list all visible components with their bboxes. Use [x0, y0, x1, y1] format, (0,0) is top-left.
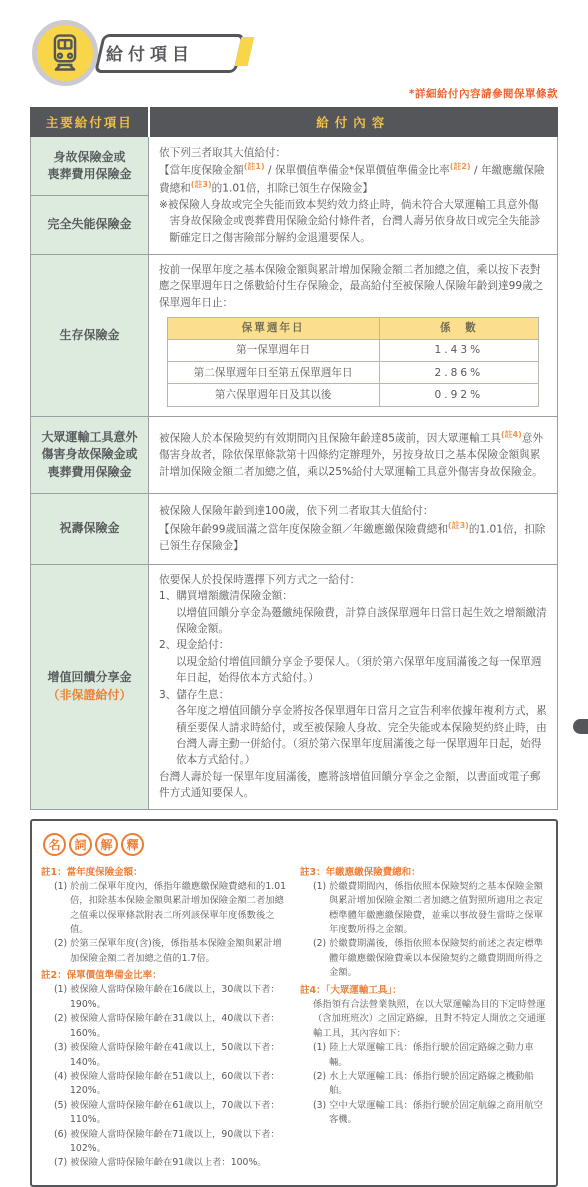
label-line: 傷害身故保險金或 — [35, 446, 144, 463]
note2-item: (3) 被保險人當時保險年齡在41歲以上，50歲以下者：140%。 — [54, 1041, 288, 1070]
page-header: 給付項目 — [30, 20, 558, 86]
paragraph: 【當年度保險金額(註1) / 保單價值準備金*保單價值準備金比率(註2) / 年… — [159, 161, 547, 197]
coefficient-row: 第二保單週年日至第五保單週年日 2.86% — [167, 362, 538, 384]
coefficient-row: 第六保單週年日及其以後 0.92% — [167, 384, 538, 406]
paragraph: 被保險人於本保險契約有效期間內且保險年齡達85歲前，因大眾運輸工具(註4)意外傷… — [159, 429, 547, 480]
note3-item: (2) 於繳費期滿後，係指依照本保險契約前述之表定標準體年繳應繳保險費乘以本保險… — [313, 937, 547, 980]
list-item-title: 3、儲存生息： — [159, 687, 547, 703]
glossary-badge-char: 詞 — [69, 833, 92, 856]
paragraph: 【保險年齡99歲屆滿之當年度保險金額／年繳應繳保險費總和(註3)的1.01倍，扣… — [159, 520, 547, 554]
column-header-content: 給付內容 — [149, 108, 558, 137]
content-death-benefit: 依下列三者取其大值給付： 【當年度保險金額(註1) / 保單價值準備金*保單價值… — [149, 137, 558, 255]
policy-terms-note: *詳細給付內容請參閱保單條款 — [30, 86, 558, 101]
label-line: 大眾運輸工具意外 — [35, 429, 144, 446]
table-row: 身故保險金或 喪葬費用保險金 依下列三者取其大值給付： 【當年度保險金額(註1)… — [31, 137, 558, 196]
coeff-value: 2.86% — [379, 362, 539, 384]
note4-item: (3) 空中大眾運輸工具：係指行駛於固定航線之商用航空客機。 — [313, 1099, 547, 1128]
label-line: 喪葬費用保險金 — [35, 464, 144, 481]
content-survival-benefit: 按前一保單年度之基本保險金額與累計增加保險金額二者加總之值，乘以按下表對應之保單… — [149, 255, 558, 417]
footnote-ref-4: (註4) — [501, 430, 522, 439]
footnote-ref-3: (註3) — [448, 521, 469, 530]
note3-title: 註3：年繳應繳保險費總和： — [300, 866, 547, 880]
label-transport-accident-benefit: 大眾運輸工具意外 傷害身故保險金或 喪葬費用保險金 — [31, 416, 149, 493]
content-longevity-benefit: 被保險人保險年齡到達100歲，依下列二者取其大值給付： 【保險年齡99歲屆滿之當… — [149, 493, 558, 564]
page-corner-tab — [573, 719, 588, 734]
table-row: 大眾運輸工具意外 傷害身故保險金或 喪葬費用保險金 被保險人於本保險契約有效期間… — [31, 416, 558, 493]
coeff-period: 第一保單週年日 — [167, 339, 379, 361]
paragraph: 被保險人保險年齡到達100歲，依下列二者取其大值給付： — [159, 503, 547, 519]
label-value-sharing-dividend: 增值回饋分享金 （非保證給付） — [31, 564, 149, 809]
coeff-period: 第六保單週年日及其以後 — [167, 384, 379, 406]
label-longevity-benefit: 祝壽保險金 — [31, 493, 149, 564]
coeff-value: 1.43% — [379, 339, 539, 361]
list-item-body: 以現金給付增值回饋分享金予要保人。（須於第六保單年度屆滿後之每一保單週年日起，始… — [159, 654, 547, 687]
note1-item: (1) 於前二保單年度內，係指年繳應繳保險費總和的1.01倍，扣除基本保險金額與… — [54, 880, 288, 938]
label-total-disability-benefit: 完全失能保險金 — [31, 196, 149, 255]
coeff-period: 第二保單週年日至第五保單週年日 — [167, 362, 379, 384]
paragraph: 台灣人壽於每一保單年度屆滿後，應將該增值回饋分享金之金額，以書面或電子郵件方式通… — [159, 769, 547, 802]
column-header-items: 主要給付項目 — [31, 108, 149, 137]
note2-item: (1) 被保險人當時保險年齡在16歲以上，30歲以下者：190%。 — [54, 983, 288, 1012]
list-item-title: 2、現金給付： — [159, 637, 547, 653]
page-title: 給付項目 — [106, 34, 194, 70]
title-banner: 給付項目 — [88, 34, 248, 70]
list-item-title: 1、購買增額繳清保險金額： — [159, 588, 547, 604]
paragraph: 按前一保單年度之基本保險金額與累計增加保險金額二者加總之值，乘以按下表對應之保單… — [159, 262, 547, 311]
table-row: 生存保險金 按前一保單年度之基本保險金額與累計增加保險金額二者加總之值，乘以按下… — [31, 255, 558, 417]
label-line-nonguaranteed: （非保證給付） — [35, 687, 144, 704]
note1-item: (2) 於第三保單年度(含)後，係指基本保險金額與累計增加保險金額二者加總之值的… — [54, 937, 288, 966]
glossary-right-column: 註3：年繳應繳保險費總和： (1) 於繳費期間內，係指依照本保險契約之基本保險金… — [300, 863, 547, 1171]
coeff-col-anniversary: 保單週年日 — [167, 318, 379, 339]
tram-icon — [32, 20, 98, 86]
label-line: 喪葬費用保險金 — [35, 166, 144, 183]
note2-item: (6) 被保險人當時保險年齡在71歲以上，90歲以下者：102%。 — [54, 1128, 288, 1157]
glossary-left-column: 註1：當年度保險金額： (1) 於前二保單年度內，係指年繳應繳保險費總和的1.0… — [41, 863, 288, 1171]
table-row: 增值回饋分享金 （非保證給付） 依要保人於投保時選擇下列方式之一給付： 1、購買… — [31, 564, 558, 809]
list-item-body: 以增值回饋分享金為躉繳純保險費，計算自該保單週年日當日起生效之增額繳清保險金額。 — [159, 605, 547, 638]
glossary-badge-char: 解 — [95, 833, 118, 856]
label-line: 增值回饋分享金 — [35, 669, 144, 686]
paragraph: 依下列三者取其大值給付： — [159, 145, 547, 161]
note2-item: (2) 被保險人當時保險年齡在31歲以上，40歲以下者：160%。 — [54, 1012, 288, 1041]
label-survival-benefit: 生存保險金 — [31, 255, 149, 417]
coefficient-header-row: 保單週年日 係 數 — [167, 318, 538, 339]
footnote-ref-1: (註1) — [244, 162, 265, 171]
content-transport-accident-benefit: 被保險人於本保險契約有效期間內且保險年齡達85歲前，因大眾運輸工具(註4)意外傷… — [149, 416, 558, 493]
table-header-row: 主要給付項目 給付內容 — [31, 108, 558, 137]
table-row: 祝壽保險金 被保險人保險年齡到達100歲，依下列二者取其大值給付： 【保險年齡9… — [31, 493, 558, 564]
note1-title: 註1：當年度保險金額： — [41, 866, 288, 880]
note2-item: (4) 被保險人當時保險年齡在51歲以上，60歲以下者：120%。 — [54, 1070, 288, 1099]
note3-item: (1) 於繳費期間內，係指依照本保險契約之基本保險金額與累計增加保險金額二者加總… — [313, 880, 547, 938]
label-line: 身故保險金或 — [35, 149, 144, 166]
coeff-col-rate: 係 數 — [379, 318, 539, 339]
content-value-sharing-dividend: 依要保人於投保時選擇下列方式之一給付： 1、購買增額繳清保險金額： 以增值回饋分… — [149, 564, 558, 809]
note2-title: 註2：保單價值準備金比率： — [41, 969, 288, 983]
glossary-box: 名詞解釋 註1：當年度保險金額： (1) 於前二保單年度內，係指年繳應繳保險費總… — [30, 819, 558, 1187]
list-item-body: 各年度之增值回饋分享金將按各保單週年日當月之宣告利率依據年複利方式，累積至要保人… — [159, 703, 547, 769]
note2-item: (7) 被保險人當時保險年齡在91歲以上者：100%。 — [54, 1156, 288, 1170]
note4-title: 註4：「大眾運輸工具」： — [300, 984, 547, 998]
document-page: 給付項目 *詳細給付內容請參閱保單條款 主要給付項目 給付內容 身故保險金或 喪… — [0, 0, 588, 1187]
remark-paragraph: ※被保險人身故或完全失能而致本契約效力終止時，倘未符合大眾運輸工具意外傷害身故保… — [159, 197, 547, 246]
coeff-value: 0.92% — [379, 384, 539, 406]
tram-glyph — [46, 31, 84, 75]
footnote-ref-2: (註2) — [450, 162, 471, 171]
coefficient-row: 第一保單週年日 1.43% — [167, 339, 538, 361]
benefits-table: 主要給付項目 給付內容 身故保險金或 喪葬費用保險金 依下列三者取其大值給付： … — [30, 107, 558, 810]
glossary-badge-char: 釋 — [121, 833, 144, 856]
footnote-ref-3: (註3) — [191, 180, 212, 189]
note2-item: (5) 被保險人當時保險年齡在61歲以上，70歲以下者：110%。 — [54, 1099, 288, 1128]
glossary-title: 名詞解釋 — [43, 833, 547, 856]
paragraph: 依要保人於投保時選擇下列方式之一給付： — [159, 572, 547, 588]
glossary-badge-char: 名 — [43, 833, 66, 856]
note4-item: (2) 水上大眾運輸工具：係指行駛於固定路線之機動船舶。 — [313, 1070, 547, 1099]
note4-item: (1) 陸上大眾運輸工具：係指行駛於固定路線之動力車輛。 — [313, 1041, 547, 1070]
coefficient-table: 保單週年日 係 數 第一保單週年日 1.43% 第二保單週年日至第五保單週年日 … — [167, 317, 539, 407]
note4-lead: 係指領有合法營業執照，在以大眾運輸為目的下定時營運（含加班班次）之固定路線，且對… — [313, 998, 547, 1041]
label-death-benefit: 身故保險金或 喪葬費用保險金 — [31, 137, 149, 196]
